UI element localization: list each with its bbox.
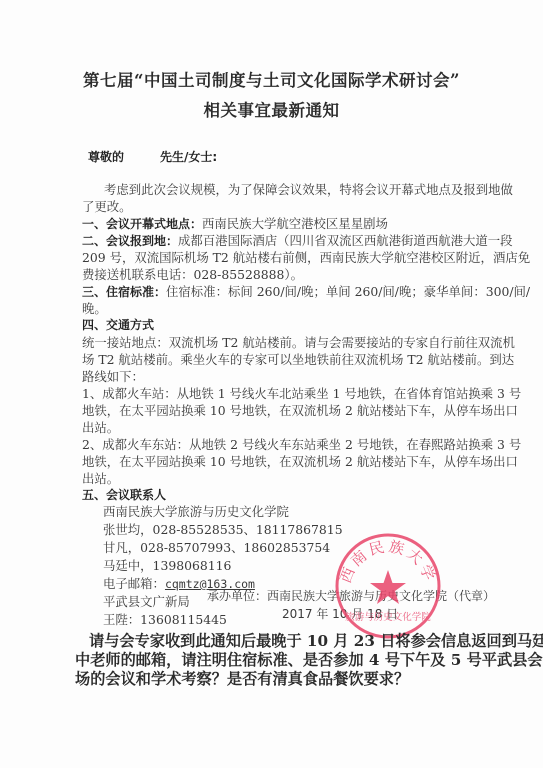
section-4-label: 四、交通方式: [82, 317, 154, 334]
route-1-line-2: 地铁，在太平园站换乘 10 号地铁，在双流机场 2 航站楼站下车，从停车场出口: [82, 402, 518, 419]
closing-line-3: 场的会议和学术考察？是否有清真食品餐饮要求？: [75, 670, 409, 688]
section-4-line-1: 统一接站地点：双流机场 T2 航站楼前。请与会需要接站的专家自行前往双流机: [82, 334, 515, 351]
document-page: 第七届“中国土司制度与土司文化国际学术研讨会” 相关事宜最新通知 尊敬的 先生/…: [0, 0, 543, 768]
route-1-line-1: 1、成都火车站：从地铁 1 号线火车北站乘坐 1 号地铁，在省体育馆站换乘 3 …: [82, 385, 521, 402]
section-1-text: 西南民族大学航空港校区星星剧场: [202, 216, 388, 231]
section-2-text-1: 成都百港国际酒店（四川省双流区西航港街道西航港大道一段: [178, 233, 513, 248]
contact-org-2: 平武县文广新局: [103, 593, 190, 610]
document-title-line1: 第七届“中国土司制度与土司文化国际学术研讨会”: [0, 67, 543, 91]
signature-organizer: 承办单位：西南民族大学旅游与历史文化学院（代章）: [207, 588, 495, 605]
route-1-line-3: 出站。: [82, 419, 119, 436]
intro-line-2: 了更改。: [82, 198, 132, 215]
section-2-line-1: 二、会议报到地：成都百港国际酒店（四川省双流区西航港街道西航港大道一段: [82, 232, 513, 250]
section-1-label: 一、会议开幕式地点：: [82, 217, 202, 231]
route-2-line-1: 2、成都火车东站：从地铁 2 号线火车东站乘坐 2 号地铁，在春熙路站换乘 3 …: [82, 436, 521, 453]
route-2-line-2: 地铁，在太平园站换乘 10 号地铁，在双流机场 2 航站楼站下车，从停车场出口: [82, 453, 518, 470]
section-5-label: 五、会议联系人: [82, 487, 166, 504]
svg-text:西南民族大学: 西南民族大学: [336, 537, 439, 585]
official-seal-stamp-icon: 西南民族大学 旅游与历史文化学院: [334, 532, 442, 640]
contact-person-3: 马廷中，1398068116: [103, 557, 231, 574]
contact-person-2: 甘凡，028-85707993、18602853754: [103, 539, 330, 556]
closing-line-1: 请与会专家收到此通知后最晚于 10 月 23 日将参会信息返回到马廷: [89, 632, 543, 650]
signature-date: 2017 年 10 月 18 日: [282, 606, 398, 623]
section-2-line-3: 费接送机联系电话：028-85528888）。: [82, 266, 303, 283]
section-2-line-2: 209 号，双流国际机场 T2 航站楼右前侧，西南民族大学航空港校区附近，酒店免: [82, 249, 530, 266]
contact-person-4: 王陛：13608115445: [103, 611, 227, 628]
section-3-text-1: 住宿标准：标间 260/间/晚；单间 260/间/晚；豪华单间：300/间/: [166, 284, 530, 299]
section-4-line-2: 场 T2 航站楼前。乘坐火车的专家可以坐地铁前往双流机场 T2 航站楼前。到达: [82, 351, 514, 368]
route-2-line-3: 出站。: [82, 470, 119, 487]
section-3-line-2: 晚。: [82, 300, 107, 317]
section-1: 一、会议开幕式地点：西南民族大学航空港校区星星剧场: [82, 215, 388, 233]
section-4-line-3: 路线如下：: [82, 368, 144, 385]
contact-person-1: 张世均，028-85528535、18117867815: [103, 521, 343, 538]
document-title-line2: 相关事宜最新通知: [0, 97, 543, 121]
section-3-label: 三、住宿标准：: [82, 285, 166, 299]
section-2-label: 二、会议报到地：: [82, 234, 178, 248]
section-3-line-1: 三、住宿标准：住宿标准：标间 260/间/晚；单间 260/间/晚；豪华单间：3…: [82, 283, 530, 301]
contact-org-1: 西南民族大学旅游与历史文化学院: [103, 503, 289, 520]
greeting-suffix: 先生/女士:: [160, 149, 217, 166]
email-label: 电子邮箱：: [103, 576, 165, 591]
stamp-top-text: 西南民族大学: [336, 537, 439, 585]
closing-line-2: 中老师的邮箱，请注明住宿标准、是否参加 4 号下午及 5 号平武县会: [75, 651, 543, 669]
intro-line-1: 考虑到此次会议规模，为了保障会议效果，特将会议开幕式地点及报到地做: [104, 181, 513, 198]
greeting-prefix: 尊敬的: [88, 149, 124, 166]
